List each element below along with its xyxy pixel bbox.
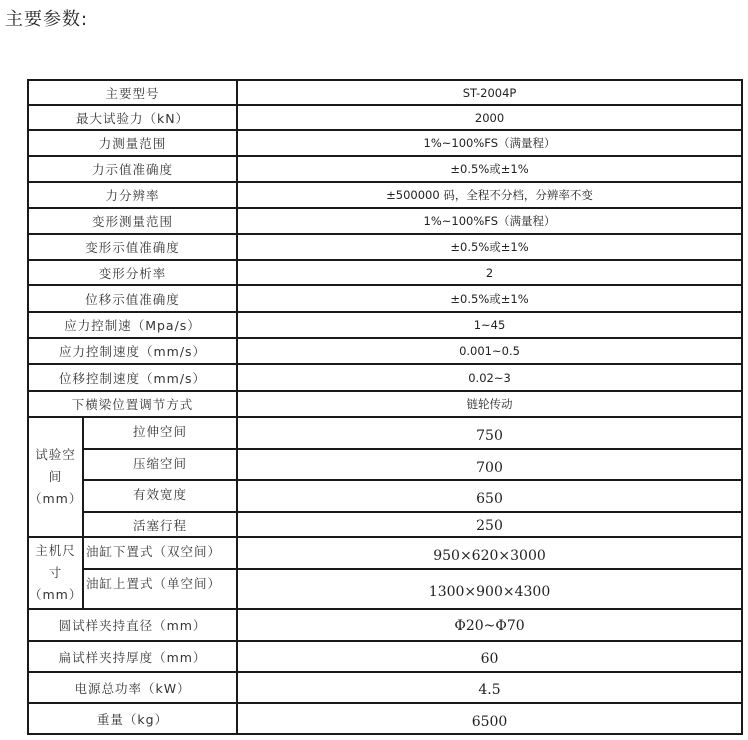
param-value: 1%~100%FS（满量程） [237,130,742,156]
param-value: 2 [237,260,742,285]
param-value: 2000 [237,105,742,130]
sub-param-label: 有效宽度 [83,480,237,512]
sub-param-value: 700 [237,449,742,480]
param-value: ST-2004P [237,80,742,105]
param-label: 下横梁位置调节方式 [28,391,237,417]
param-label: 圆试样夹持直径（mm） [28,609,237,641]
table-row: 试验空间（mm） 拉伸空间 750 [28,417,742,449]
table-row: 位移控制速度（mm/s） 0.02~3 [28,364,742,391]
table-row: 电源总功率（kW） 4.5 [28,672,742,703]
param-value: 6500 [237,703,742,734]
param-label: 位移示值准确度 [28,285,237,312]
table-row: 主机尺寸（mm） 油缸下置式（双空间） 950×620×3000 [28,537,742,569]
param-label: 变形分析率 [28,260,237,285]
spec-table: 主要型号 ST-2004P 最大试验力（kN） 2000 力测量范围 1%~10… [27,79,743,735]
table-row: 力测量范围 1%~100%FS（满量程） [28,130,742,156]
param-value: 1%~100%FS（满量程） [237,208,742,234]
param-label: 应力控制速度（mm/s） [28,338,237,364]
table-row: 主要型号 ST-2004P [28,80,742,105]
sub-param-value: 250 [237,512,742,537]
param-label: 应力控制速（Mpa/s） [28,312,237,338]
table-row: 位移示值准确度 ±0.5%或±1% [28,285,742,312]
table-row: 活塞行程 250 [28,512,742,537]
sub-param-label: 油缸下置式（双空间） [83,537,237,569]
table-row: 下横梁位置调节方式 链轮传动 [28,391,742,417]
table-row: 力示值准确度 ±0.5%或±1% [28,156,742,182]
param-value: ±0.5%或±1% [237,234,742,260]
table-row: 变形测量范围 1%~100%FS（满量程） [28,208,742,234]
table-row: 重量（kg） 6500 [28,703,742,734]
param-label: 电源总功率（kW） [28,672,237,703]
param-value: 0.001~0.5 [237,338,742,364]
table-row: 最大试验力（kN） 2000 [28,105,742,130]
param-value: ±0.5%或±1% [237,285,742,312]
param-value: Φ20~Φ70 [237,609,742,641]
param-label: 扁试样夹持厚度（mm） [28,641,237,672]
param-label: 力分辨率 [28,182,237,208]
table-row: 变形分析率 2 [28,260,742,285]
sub-param-value: 750 [237,417,742,449]
param-value: 4.5 [237,672,742,703]
param-label: 主要型号 [28,80,237,105]
table-row: 压缩空间 700 [28,449,742,480]
param-label: 最大试验力（kN） [28,105,237,130]
param-value: 1~45 [237,312,742,338]
table-row: 力分辨率 ±500000 码，全程不分档，分辨率不变 [28,182,742,208]
param-label: 变形测量范围 [28,208,237,234]
param-label: 重量（kg） [28,703,237,734]
table-row: 扁试样夹持厚度（mm） 60 [28,641,742,672]
sub-param-value: 1300×900×4300 [237,569,742,609]
sub-param-label: 油缸上置式（单空间） [83,569,237,609]
group-label-text: 试验空间（mm） [29,447,82,506]
table-row: 油缸上置式（单空间） 1300×900×4300 [28,569,742,609]
table-row: 变形示值准确度 ±0.5%或±1% [28,234,742,260]
param-value: ±500000 码，全程不分档，分辨率不变 [237,182,742,208]
param-value: 链轮传动 [237,391,742,417]
sub-param-label: 活塞行程 [83,512,237,537]
param-value: 60 [237,641,742,672]
group-label-host-size: 主机尺寸（mm） [28,537,83,609]
group-label-test-space: 试验空间（mm） [28,417,83,537]
sub-param-label: 拉伸空间 [83,417,237,449]
param-label: 力测量范围 [28,130,237,156]
param-label: 力示值准确度 [28,156,237,182]
table-row: 应力控制速（Mpa/s） 1~45 [28,312,742,338]
sub-param-value: 950×620×3000 [237,537,742,569]
param-value: ±0.5%或±1% [237,156,742,182]
param-label: 变形示值准确度 [28,234,237,260]
page-title: 主要参数: [5,5,88,31]
param-label: 位移控制速度（mm/s） [28,364,237,391]
table-row: 有效宽度 650 [28,480,742,512]
table-row: 应力控制速度（mm/s） 0.001~0.5 [28,338,742,364]
param-value: 0.02~3 [237,364,742,391]
sub-param-value: 650 [237,480,742,512]
table-row: 圆试样夹持直径（mm） Φ20~Φ70 [28,609,742,641]
group-label-text: 主机尺寸（mm） [29,543,82,602]
sub-param-label: 压缩空间 [83,449,237,480]
